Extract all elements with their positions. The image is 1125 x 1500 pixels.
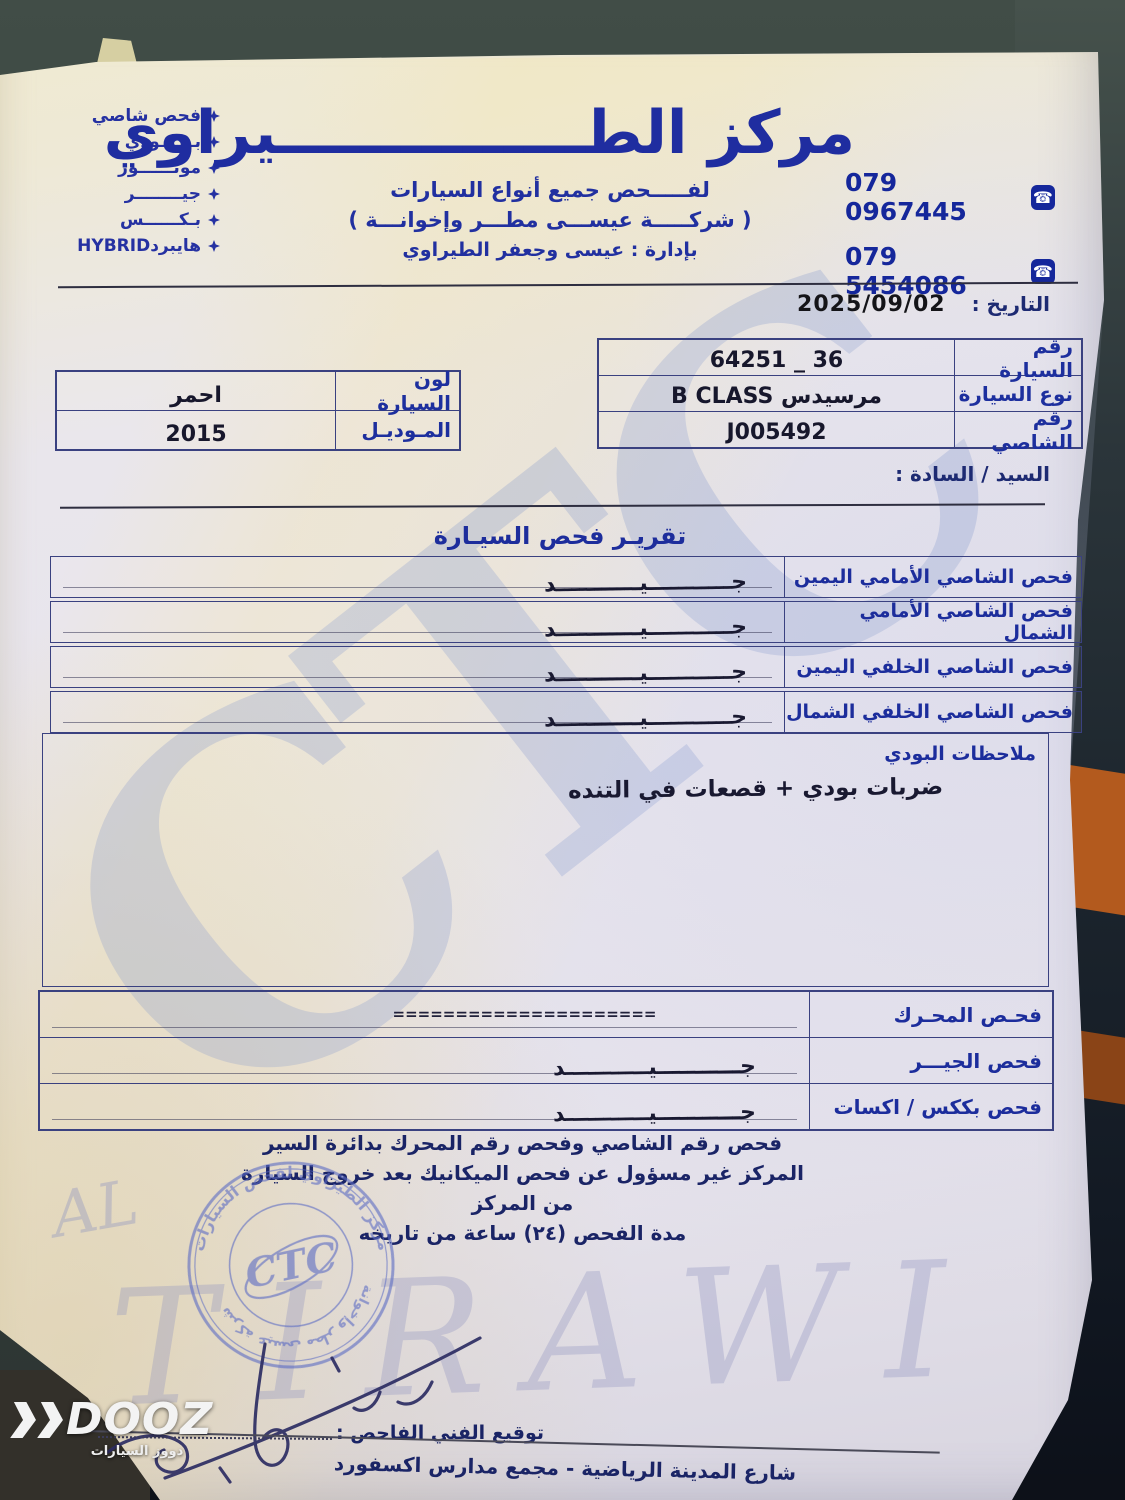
chassis-inspection-table: فحص الشاصي الأمامي اليمين جـــــــــــيـ… xyxy=(50,556,1082,736)
service-item: جيــــــــر xyxy=(52,184,220,204)
phone-number: 079 0967445 xyxy=(845,168,1022,226)
row-value-cell: جـــــــــــيـــــــــــد xyxy=(51,692,784,732)
dooz-logo-row: DOOZ xyxy=(12,1398,262,1442)
diamond-bullet-icon xyxy=(208,214,220,226)
body-notes-label: ملاحظات البودي xyxy=(884,743,1036,765)
handwritten-result: ===================== xyxy=(140,1005,909,1023)
row-value: J005492 xyxy=(599,412,954,447)
row-value-cell: جـــــــــــيـــــــــــد xyxy=(40,1084,809,1129)
dooz-logo: DOOZ دووز السيارات xyxy=(12,1398,262,1459)
row-label: رقم الشاصي xyxy=(954,412,1081,447)
chevron-icon xyxy=(10,1402,38,1438)
date-value: 2025/09/02 xyxy=(797,292,946,317)
writing-line xyxy=(52,1027,797,1028)
table-row: فحص الشاصي الأمامي الشمال جـــــــــــيـ… xyxy=(50,601,1082,643)
row-label: المـوديـل xyxy=(335,411,459,449)
date-label: التاريخ : xyxy=(972,292,1050,316)
addressee-label: السيد / السادة : xyxy=(845,462,1050,486)
row-value-cell: جـــــــــــيـــــــــــد xyxy=(40,1038,809,1083)
table-row: فحـص المحـرك ===================== xyxy=(40,992,1052,1038)
table-row: رقم الشاصي J005492 xyxy=(599,412,1081,447)
row-label: رقم السيارة xyxy=(954,340,1081,375)
table-row: فحص الشاصي الأمامي اليمين جـــــــــــيـ… xyxy=(50,556,1082,598)
center-title: مركز الطـــــــــــــــيراوي xyxy=(245,98,855,168)
car-details-table: لون السيارة احمر المـوديـل 2015 xyxy=(55,370,461,451)
row-value-cell: جـــــــــــيـــــــــــد xyxy=(51,602,784,642)
row-label: لون السيارة xyxy=(335,372,459,410)
row-value-cell: ===================== xyxy=(40,992,809,1037)
stamp-center-text: CTC xyxy=(241,1234,342,1298)
service-label: بـكــــــس xyxy=(120,210,201,230)
row-value-cell: جـــــــــــيـــــــــــد xyxy=(51,557,784,597)
row-value: احمر xyxy=(57,372,335,410)
date-row: التاريخ : 2025/09/02 xyxy=(720,292,1050,317)
subtitle-line: بإدارة : عيسى وجعفر الطيراوي xyxy=(300,239,800,261)
table-row: لون السيارة احمر xyxy=(57,372,459,411)
table-row: فحص الجيـــر جـــــــــــيـــــــــــد xyxy=(40,1038,1052,1084)
phone-row: 079 0967445 ☎ xyxy=(845,168,1055,226)
chevron-icon xyxy=(37,1402,65,1438)
subtitle-line: ( شركـــــة عيســـى مطـــر وإخوانـــة ) xyxy=(300,208,800,232)
diamond-bullet-icon xyxy=(208,188,220,200)
table-row: فحص الشاصي الخلفي الشمال جـــــــــــيــ… xyxy=(50,691,1082,733)
body-notes-box: ملاحظات البودي ضربات بودي + قصعات في الت… xyxy=(42,733,1049,987)
phone-icon: ☎ xyxy=(1031,185,1055,210)
subtitle-line: لفـــــحص جميع أنواع السيارات xyxy=(300,178,800,202)
row-value: 36 _ 64251 xyxy=(599,340,954,375)
report-title: تقريـر فحص السيـارة xyxy=(380,522,740,550)
service-item: هايبردHYBRID xyxy=(52,236,220,256)
table-row: فحص بككس / اكسات جـــــــــــيــــــــــ… xyxy=(40,1084,1052,1129)
photo-of-inspection-form: CTC AL TIRAWI فحص شاصي بــــــودي موتـــ… xyxy=(0,0,1125,1500)
row-value: 2015 xyxy=(57,411,335,449)
dooz-brand-text: DOOZ xyxy=(66,1398,213,1442)
row-value-cell: جـــــــــــيـــــــــــد xyxy=(51,647,784,687)
table-row: رقم السيارة 36 _ 64251 xyxy=(599,340,1081,376)
mechanical-inspection-table: فحـص المحـرك ===================== فحص ا… xyxy=(38,990,1054,1131)
service-label: جيــــــــر xyxy=(125,184,201,204)
phone-numbers: 079 0967445 ☎ 079 5454086 ☎ xyxy=(845,168,1055,300)
vehicle-info-table: رقم السيارة 36 _ 64251 نوع السيارة مرسيد… xyxy=(597,338,1083,449)
service-item: بـكــــــس xyxy=(52,210,220,230)
center-subtitles: لفـــــحص جميع أنواع السيارات ( شركـــــ… xyxy=(300,178,800,261)
body-notes-handwritten: ضربات بودي + قصعات في التنده xyxy=(568,774,943,804)
diamond-bullet-icon xyxy=(208,240,220,252)
phone-icon: ☎ xyxy=(1031,259,1055,284)
table-row: فحص الشاصي الخلفي اليمين جـــــــــــيــ… xyxy=(50,646,1082,688)
service-label: هايبردHYBRID xyxy=(77,236,201,256)
table-row: المـوديـل 2015 xyxy=(57,411,459,449)
dooz-tagline: دووز السيارات xyxy=(12,1444,262,1459)
row-value: مرسيدس B CLASS xyxy=(599,376,954,411)
